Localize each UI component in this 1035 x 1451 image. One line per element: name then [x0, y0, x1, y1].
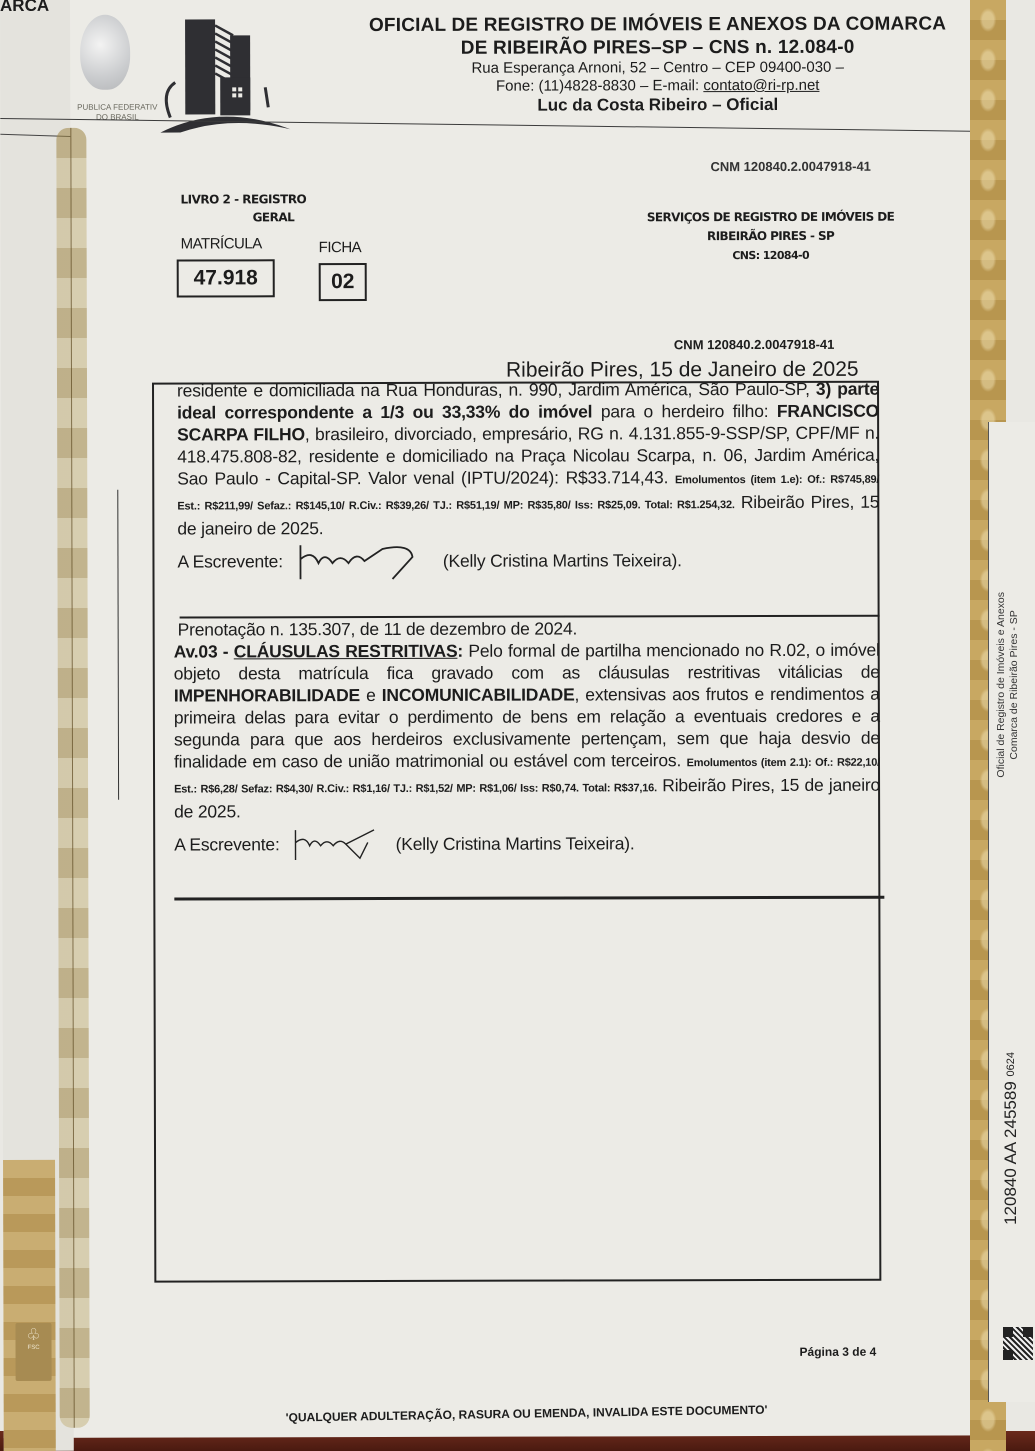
signature-icon — [293, 539, 433, 583]
entry2-text: e — [360, 685, 382, 705]
signature-icon — [290, 822, 400, 866]
side-label-line1: Oficial de Registro de Imóveis e Anexos — [995, 592, 1008, 778]
matricula-number: 47.918 — [177, 259, 275, 297]
entry1-text: para o herdeiro filho: — [592, 401, 777, 421]
hologram-seal-icon — [80, 15, 130, 90]
entry1-clerk-label: A Escrevente: — [177, 550, 282, 572]
book-label-line2: GERAL — [181, 208, 307, 226]
entry2-clerk-name: (Kelly Cristina Martins Teixeira). — [396, 832, 635, 855]
fsc-tree-icon: ♧ — [15, 1327, 51, 1345]
ficha-number: 02 — [319, 263, 367, 301]
book-label: LIVRO 2 - REGISTRO GERAL — [180, 190, 306, 226]
side-label: Oficial de Registro de Imóveis e Anexos … — [995, 592, 1021, 778]
header-title-line1: OFICIAL DE REGISTRO DE IMÓVEIS E ANEXOS … — [330, 12, 985, 37]
entry2-clause-impenhorabilidade: IMPENHORABILIDADE — [174, 685, 360, 705]
entry1-signature-line: A Escrevente: (Kelly Cristina Martins Te… — [177, 538, 879, 584]
seal-caption-line1: PUBLICA FEDERATIV — [72, 103, 162, 113]
margin-line — [117, 490, 119, 800]
page-number: Página 3 de 4 — [800, 1345, 877, 1359]
header-officer: Luc da Costa Ribeiro – Oficial — [330, 94, 985, 116]
cnm-code-mid: CNM 120840.2.0047918-41 — [674, 337, 834, 352]
service-block: SERVIÇOS DE REGISTRO DE IMÓVEIS DE RIBEI… — [621, 208, 921, 266]
cnm-code-top: CNM 120840.2.0047918-41 — [710, 159, 870, 174]
side-label-line2: Comarca de Ribeirão Pires - SP — [1008, 592, 1021, 778]
serial-number-suffix: 0624 — [1005, 1052, 1017, 1076]
ficha-label: FICHA — [319, 239, 362, 256]
seal-caption-line2: DO BRASIL — [72, 113, 162, 123]
entry-r02-continuation: residente e domiciliada na Rua Honduras,… — [177, 378, 880, 584]
entry1-clerk-name: (Kelly Cristina Martins Teixeira). — [443, 549, 682, 572]
serial-number-main: 120840 AA 245589 — [1001, 1081, 1020, 1225]
service-line1: SERVIÇOS DE REGISTRO DE IMÓVEIS DE — [621, 208, 921, 228]
entry2-code: Av.03 - — [174, 641, 234, 661]
header-phone: Fone: (11)4828-8830 – E-mail: — [496, 77, 703, 95]
service-cns: CNS: 12084-0 — [621, 246, 921, 266]
registry-header: OFICIAL DE REGISTRO DE IMÓVEIS E ANEXOS … — [330, 12, 985, 116]
header-divider — [0, 118, 980, 132]
entry2-clause-incomunicabilidade: INCOMUNICABILIDADE — [382, 684, 575, 705]
entry-av03: Prenotação n. 135.307, de 11 de dezembro… — [178, 617, 881, 867]
security-strip: Oficial de Registro de Imóveis e Anexos … — [988, 422, 1035, 1402]
header-address: Rua Esperança Arnoni, 52 – Centro – CEP … — [330, 58, 985, 78]
entry1-text: residente e domiciliada na Rua Honduras,… — [177, 379, 816, 401]
book-label-line1: LIVRO 2 - REGISTRO — [180, 190, 306, 208]
registry-document-page: ARCA ♧ FSC PUBLICA FEDERATIV DO BRASIL O… — [0, 0, 1004, 1438]
header-title-line2: DE RIBEIRÃO PIRES–SP – CNS n. 12.084-0 — [330, 35, 985, 60]
header-email-link[interactable]: contato@ri-rp.net — [703, 77, 819, 94]
footer-warning: 'QUALQUER ADULTERAÇÃO, RASURA OU EMENDA,… — [286, 1403, 768, 1425]
fsc-certification-mark: ♧ FSC — [15, 1323, 51, 1381]
header-contact: Fone: (11)4828-8830 – E-mail: contato@ri… — [330, 76, 985, 96]
corner-text-fragment: ARCA — [0, 0, 49, 16]
entry2-clerk-label: A Escrevente: — [174, 833, 279, 855]
left-gold-border — [3, 1160, 56, 1451]
entry2-heading: CLÁUSULAS RESTRITIVAS — [234, 641, 458, 662]
left-ornamental-border — [56, 128, 89, 1428]
matricula-label: MATRÍCULA — [181, 235, 262, 252]
entry2-signature-line: A Escrevente: (Kelly Cristina Martins Te… — [174, 821, 880, 867]
service-line2: RIBEIRÃO PIRES - SP — [621, 227, 921, 247]
entry2-prenotacao: Prenotação n. 135.307, de 11 de dezembro… — [178, 617, 880, 641]
fsc-label: FSC — [16, 1345, 52, 1351]
qr-code-icon[interactable] — [1003, 1327, 1033, 1360]
serial-number: 120840 AA 245589 0624 — [1001, 1052, 1021, 1225]
